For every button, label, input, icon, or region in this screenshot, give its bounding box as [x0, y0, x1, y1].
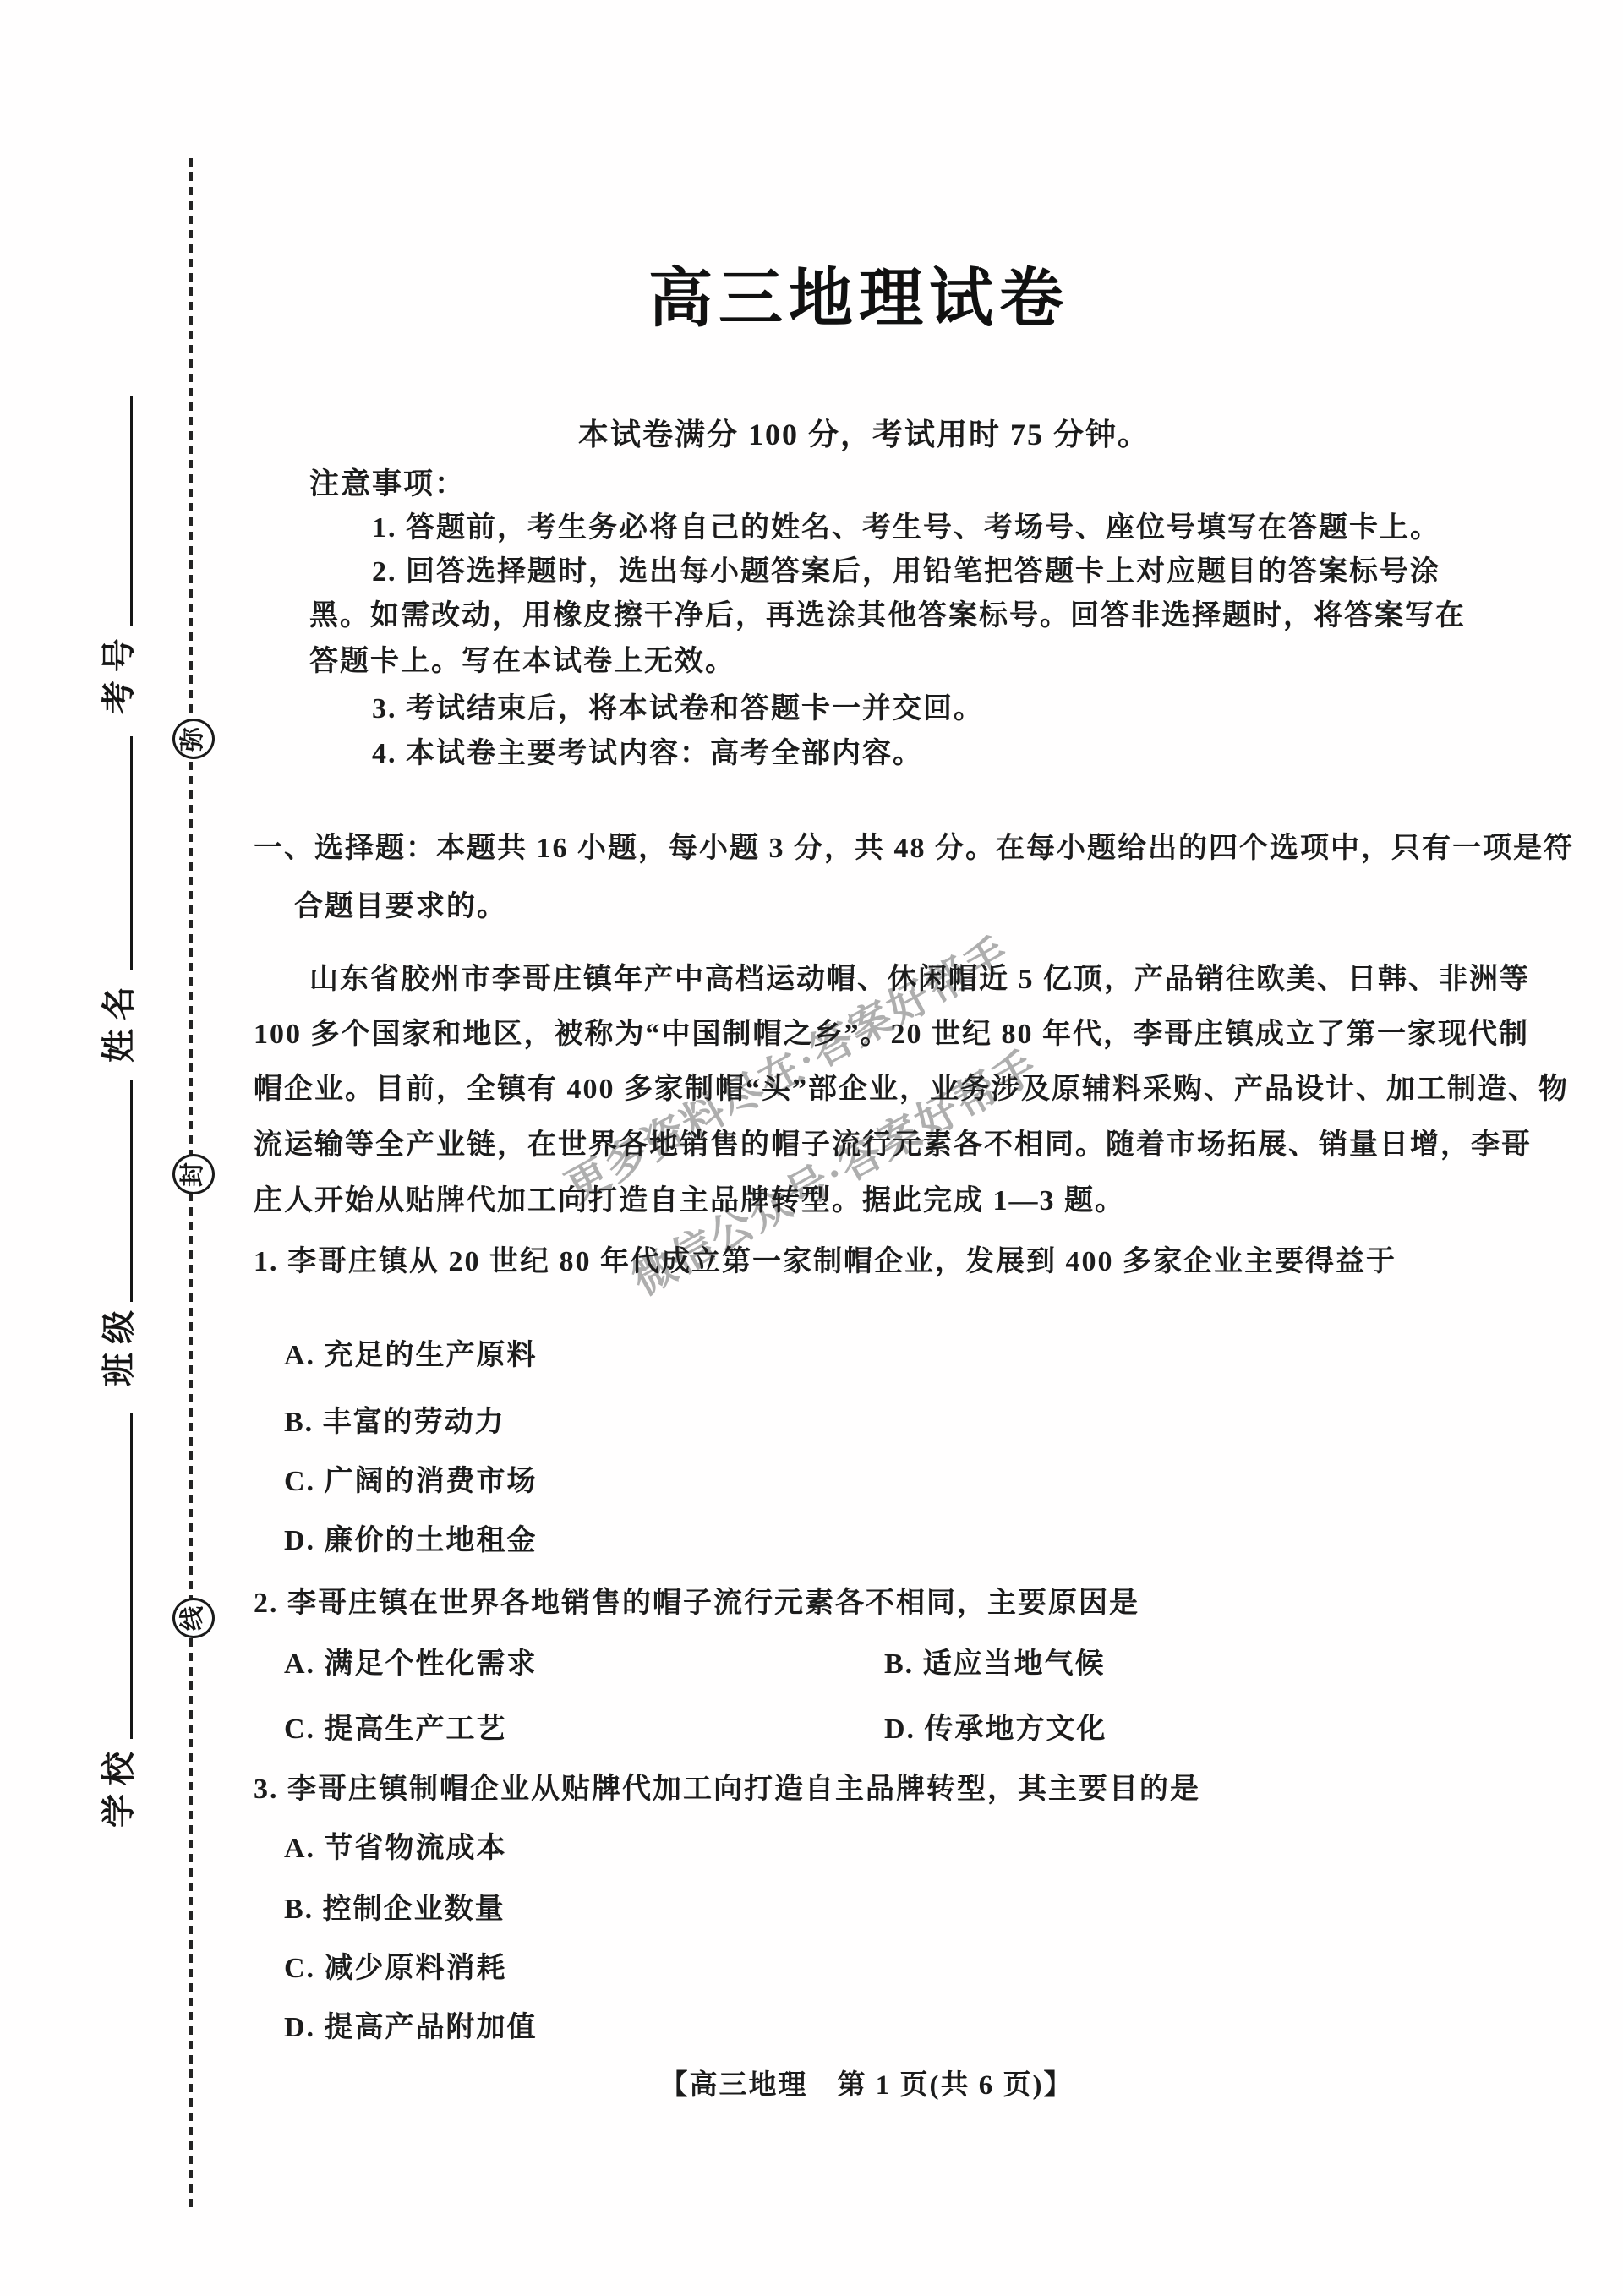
question-2-option-d: D. 传承地方文化 [884, 1712, 1107, 1747]
exam-page: 更多资料尽在·答案好帮手 微信公众号·答案好帮手 考号 姓名 班级 学校 弥 封… [0, 0, 1623, 2296]
exam-subtitle: 本试卷满分 100 分，考试用时 75 分钟。 [578, 411, 1150, 454]
seal-circle-xian-char: 线 [181, 1605, 205, 1630]
section-heading-line-1: 一、选择题：本题共 16 小题，每小题 3 分，共 48 分。在每小题给出的四个… [254, 831, 1574, 866]
question-2-option-b: B. 适应当地气候 [884, 1647, 1106, 1681]
notice-line-2b: 黑。如需改动，用橡皮擦干净后，再选涂其他答案标号。回答非选择题时，将答案写在 [309, 599, 1466, 633]
notice-line-2a: 2. 回答选择题时，选出每小题答案后，用铅笔把答题卡上对应题目的答案标号涂 [372, 555, 1440, 589]
seal-circle-mi-char: 弥 [181, 726, 205, 751]
seal-circle-mi: 弥 [172, 719, 215, 759]
seal-circle-feng: 封 [172, 1154, 215, 1194]
notice-line-4: 4. 本试卷主要考试内容：高考全部内容。 [372, 736, 923, 771]
seal-circle-feng-char: 封 [181, 1162, 205, 1186]
passage-line-4: 流运输等全产业链，在世界各地销售的帽子流行元素各不相同。随着市场拓展、销量日增，… [254, 1128, 1532, 1162]
question-1-option-a: A. 充足的生产原料 [284, 1338, 538, 1373]
question-3-option-a: A. 节省物流成本 [284, 1831, 507, 1866]
notice-line-2c: 答题卡上。写在本试卷上无效。 [309, 644, 735, 679]
passage-line-5: 庄人开始从贴牌代加工向打造自主品牌转型。据此完成 1—3 题。 [254, 1184, 1125, 1218]
question-3-option-b: B. 控制企业数量 [284, 1892, 505, 1927]
question-3-option-d: D. 提高产品附加值 [284, 2010, 538, 2045]
section-heading-line-2: 合题目要求的。 [294, 889, 507, 924]
notice-heading: 注意事项： [309, 467, 466, 503]
question-2-option-c: C. 提高生产工艺 [284, 1712, 507, 1747]
notice-line-3: 3. 考试结束后，将本试卷和答题卡一并交回。 [372, 692, 984, 726]
question-2-option-a: A. 满足个性化需求 [284, 1647, 538, 1681]
page-footer: 【高三地理 第 1 页(共 6 页)】 [660, 2063, 1074, 2102]
exam-title: 高三地理试卷 [648, 247, 1069, 339]
question-1-option-b: B. 丰富的劳动力 [284, 1405, 505, 1440]
notice-line-1: 1. 答题前，考生务必将自己的姓名、考生号、考场号、座位号填写在答题卡上。 [372, 511, 1440, 545]
exam-content: 高三地理试卷 本试卷满分 100 分，考试用时 75 分钟。 注意事项： 1. … [0, 0, 1623, 2296]
question-3-option-c: C. 减少原料消耗 [284, 1951, 507, 1986]
passage-line-3: 帽企业。目前，全镇有 400 多家制帽“头”部企业，业务涉及原辅料采购、产品设计… [254, 1072, 1569, 1107]
question-3-stem: 3. 李哥庄镇制帽企业从贴牌代加工向打造自主品牌转型，其主要目的是 [254, 1772, 1200, 1807]
question-1-option-d: D. 廉价的土地租金 [284, 1523, 538, 1558]
question-1-stem: 1. 李哥庄镇从 20 世纪 80 年代成立第一家制帽企业，发展到 400 多家… [254, 1244, 1396, 1279]
passage-line-2: 100 多个国家和地区，被称为“中国制帽之乡”。20 世纪 80 年代，李哥庄镇… [254, 1017, 1529, 1052]
seal-circle-xian: 线 [172, 1598, 215, 1638]
question-1-option-c: C. 广阔的消费市场 [284, 1464, 538, 1499]
passage-line-1: 山东省胶州市李哥庄镇年产中高档运动帽、休闲帽近 5 亿顶，产品销往欧美、日韩、非… [309, 962, 1530, 997]
question-2-stem: 2. 李哥庄镇在世界各地销售的帽子流行元素各不相同，主要原因是 [254, 1586, 1139, 1621]
